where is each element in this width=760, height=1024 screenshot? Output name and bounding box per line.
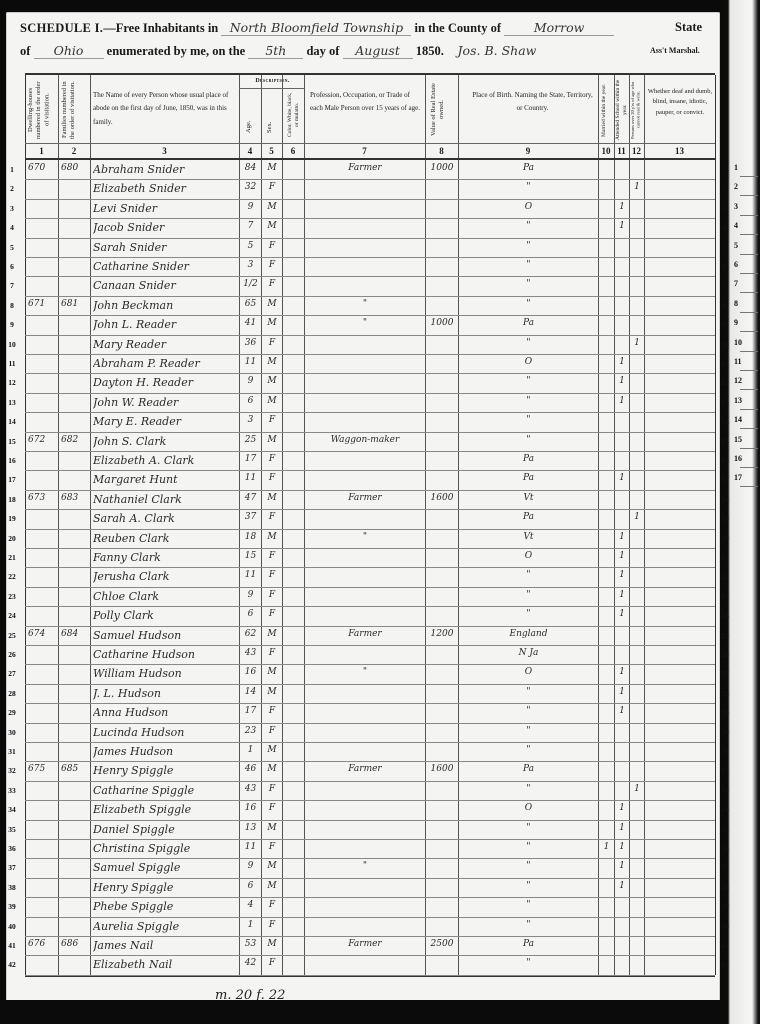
census-row: Margaret Hunt11FPa1 (25, 470, 715, 489)
cell-birth: " (461, 881, 596, 891)
cell-name: Catharine Snider (93, 260, 237, 273)
cell-birth: " (461, 396, 596, 406)
adjacent-row-divider (740, 448, 758, 449)
cell-sex: F (264, 706, 280, 716)
line-number-left: 19 (3, 514, 21, 523)
cell-school: 1 (617, 532, 627, 542)
cell-sex: M (264, 221, 280, 231)
census-row: Lucinda Hudson23F" (25, 723, 715, 742)
census-row: Chloe Clark9F"1 (25, 587, 715, 606)
line-number-right: 38 (717, 883, 733, 892)
census-row: Reuben Clark18M"Vt1 (25, 529, 715, 548)
cell-age: 13 (242, 823, 259, 833)
cell-birth: N Ja (461, 648, 596, 658)
line-number-right: 39 (717, 902, 733, 911)
cell-birth: " (461, 338, 596, 348)
cell-value: 1200 (428, 629, 456, 639)
scan-border (0, 1000, 722, 1024)
cell-age: 43 (242, 784, 259, 794)
cell-birth: " (461, 260, 596, 270)
census-row: James Hudson1M" (25, 742, 715, 761)
cell-illiterate: 1 (632, 784, 642, 794)
cell-age: 23 (242, 726, 259, 736)
cell-birth: " (461, 900, 596, 910)
cell-dwelling: 670 (28, 163, 56, 173)
census-row: John L. Reader41M"1000Pa (25, 315, 715, 334)
column-number: 11 (614, 146, 629, 156)
cell-age: 47 (242, 493, 259, 503)
cell-name: Catharine Hudson (93, 648, 237, 661)
line-number-left: 2 (3, 184, 21, 193)
cell-age: 25 (242, 435, 259, 445)
cell-birth: O (461, 551, 596, 561)
adjacent-line-number: 6 (734, 260, 738, 269)
census-row: 676686James Nail53MFarmer2500Pa (25, 936, 715, 955)
county-field: Morrow (504, 20, 614, 36)
adjacent-row-divider (740, 428, 758, 429)
census-row: Catharine Snider3F" (25, 257, 715, 276)
cell-birth: Pa (461, 512, 596, 522)
cell-sex: F (264, 182, 280, 192)
cell-name: Fanny Clark (93, 551, 237, 564)
census-row: Elizabeth A. Clark17FPa (25, 451, 715, 470)
census-row: Sarah Snider5F" (25, 238, 715, 257)
line-number-left: 24 (3, 611, 21, 620)
line-number-left: 3 (3, 204, 21, 213)
cell-school: 1 (617, 590, 627, 600)
cell-sex: M (264, 764, 280, 774)
of-label: of (20, 44, 30, 58)
col-9-header: Place of Birth. Naming the State, Territ… (470, 89, 595, 116)
column-number: 8 (425, 146, 458, 156)
cell-family: 680 (61, 163, 88, 173)
line-number-right: 22 (717, 572, 733, 581)
census-row: Canaan Snider1/2F" (25, 276, 715, 295)
cell-sex: M (264, 939, 280, 949)
cell-name: Henry Spiggle (93, 881, 237, 894)
cell-name: Mary E. Reader (93, 415, 237, 428)
cell-name: Nathaniel Clark (93, 493, 237, 506)
cell-name: Aurelia Spiggle (93, 920, 237, 933)
census-row: Daniel Spiggle13M"1 (25, 820, 715, 839)
cell-birth: " (461, 376, 596, 386)
cell-birth: Pa (461, 454, 596, 464)
cell-name: Reuben Clark (93, 532, 237, 545)
cell-birth: " (461, 784, 596, 794)
line-number-left: 21 (3, 553, 21, 562)
census-table: Dwelling-houses numbered in the order of… (25, 73, 715, 977)
line-number-right: 9 (717, 320, 733, 329)
adjacent-line-number: 12 (734, 376, 742, 385)
column-number: 6 (282, 146, 304, 156)
cell-age: 17 (242, 454, 259, 464)
cell-school: 1 (617, 221, 627, 231)
line-number-left: 8 (3, 301, 21, 310)
column-number: 12 (629, 146, 644, 156)
line-number-left: 14 (3, 417, 21, 426)
cell-age: 36 (242, 338, 259, 348)
cell-sex: M (264, 881, 280, 891)
cell-sex: F (264, 900, 280, 910)
cell-sex: F (264, 512, 280, 522)
cell-illiterate: 1 (632, 512, 642, 522)
census-row: Christina Spiggle11F"11 (25, 839, 715, 858)
line-number-left: 29 (3, 708, 21, 717)
census-row: Polly Clark6F"1 (25, 606, 715, 625)
census-row: J. L. Hudson14M"1 (25, 684, 715, 703)
line-number-left: 11 (3, 359, 21, 368)
cell-birth: " (461, 182, 596, 192)
line-number-left: 41 (3, 941, 21, 950)
cell-birth: Vt (461, 493, 596, 503)
cell-married: 1 (601, 842, 612, 852)
line-number-right: 21 (717, 553, 733, 562)
cell-age: 9 (242, 202, 259, 212)
cell-sex: M (264, 629, 280, 639)
state-label: State (675, 20, 702, 35)
col-6-header: Color. White, black, or mulatto. (287, 91, 301, 139)
adjacent-line-number: 17 (734, 473, 742, 482)
cell-name: Henry Spiggle (93, 764, 237, 777)
cell-name: John L. Reader (93, 318, 237, 331)
adjacent-row-divider (740, 370, 758, 371)
census-row: William Hudson16M"O1 (25, 664, 715, 683)
cell-birth: " (461, 706, 596, 716)
cell-name: Chloe Clark (93, 590, 237, 603)
cell-name: Mary Reader (93, 338, 237, 351)
line-number-left: 22 (3, 572, 21, 581)
cell-illiterate: 1 (632, 338, 642, 348)
cell-occupation: " (307, 299, 423, 309)
adjacent-row-divider (740, 273, 758, 274)
line-number-right: 14 (717, 417, 733, 426)
adjacent-line-number: 4 (734, 221, 738, 230)
adjacent-line-number: 2 (734, 182, 738, 191)
cell-family: 684 (61, 629, 88, 639)
cell-birth: " (461, 726, 596, 736)
cell-age: 42 (242, 958, 259, 968)
line-number-left: 34 (3, 805, 21, 814)
cell-name: Daniel Spiggle (93, 823, 237, 836)
cell-family: 683 (61, 493, 88, 503)
line-number-right: 6 (717, 262, 733, 271)
cell-age: 62 (242, 629, 259, 639)
cell-value: 1000 (428, 318, 456, 328)
line-number-right: 32 (717, 766, 733, 775)
line-number-right: 41 (717, 941, 733, 950)
cell-name: Samuel Hudson (93, 629, 237, 642)
census-row: Jerusha Clark11F"1 (25, 567, 715, 586)
cell-age: 17 (242, 706, 259, 716)
line-number-right: 10 (717, 340, 733, 349)
cell-sex: F (264, 260, 280, 270)
line-number-right: 29 (717, 708, 733, 717)
marshal-signature: Jos. B. Shaw (447, 43, 547, 58)
cell-dwelling: 675 (28, 764, 56, 774)
cell-name: Elizabeth Nail (93, 958, 237, 971)
cell-birth: " (461, 745, 596, 755)
census-row: Catharine Hudson43FN Ja (25, 645, 715, 664)
cell-name: Margaret Hunt (93, 473, 237, 486)
column-number: 13 (644, 146, 715, 156)
cell-school: 1 (617, 823, 627, 833)
census-row: Samuel Spiggle9M""1 (25, 858, 715, 877)
cell-birth: Pa (461, 473, 596, 483)
col-4-header: Age. (245, 115, 257, 139)
cell-sex: F (264, 784, 280, 794)
cell-age: 18 (242, 532, 259, 542)
line-number-left: 31 (3, 747, 21, 756)
cell-school: 1 (617, 473, 627, 483)
line-number-right: 25 (717, 631, 733, 640)
cell-age: 65 (242, 299, 259, 309)
line-number-left: 39 (3, 902, 21, 911)
cell-school: 1 (617, 376, 627, 386)
cell-school: 1 (617, 202, 627, 212)
column-number: 1 (25, 146, 58, 156)
cell-age: 9 (242, 861, 259, 871)
cell-age: 1 (242, 745, 259, 755)
cell-name: John Beckman (93, 299, 237, 312)
adjacent-line-number: 10 (734, 338, 742, 347)
cell-age: 32 (242, 182, 259, 192)
census-row: Phebe Spiggle4F" (25, 897, 715, 916)
cell-name: Anna Hudson (93, 706, 237, 719)
line-number-right: 1 (717, 165, 733, 174)
adjacent-line-number: 1 (734, 163, 738, 172)
column-number: 4 (239, 146, 261, 156)
cell-name: Elizabeth Spiggle (93, 803, 237, 816)
cell-dwelling: 673 (28, 493, 56, 503)
line-number-left: 32 (3, 766, 21, 775)
column-divider (715, 75, 716, 975)
col-3-header: The Name of every Person whose usual pla… (93, 89, 238, 129)
line-number-right: 23 (717, 592, 733, 601)
cell-age: 6 (242, 609, 259, 619)
column-number: 7 (304, 146, 425, 156)
line-number-left: 33 (3, 786, 21, 795)
cell-sex: F (264, 842, 280, 852)
cell-age: 6 (242, 881, 259, 891)
cell-age: 16 (242, 803, 259, 813)
census-row: John W. Reader6M"1 (25, 393, 715, 412)
cell-birth: " (461, 299, 596, 309)
col-7-header: Profession, Occupation, or Trade of each… (310, 89, 420, 116)
census-row: Mary E. Reader3F" (25, 412, 715, 431)
census-row: Mary Reader36F"1 (25, 335, 715, 354)
cell-sex: F (264, 279, 280, 289)
cell-sex: F (264, 803, 280, 813)
adjacent-line-number: 7 (734, 279, 738, 288)
line-number-left: 23 (3, 592, 21, 601)
cell-occupation: " (307, 861, 423, 871)
cell-sex: M (264, 861, 280, 871)
cell-age: 1 (242, 920, 259, 930)
cell-dwelling: 671 (28, 299, 56, 309)
line-number-right: 24 (717, 611, 733, 620)
cell-age: 11 (242, 357, 259, 367)
cell-name: Abraham P. Reader (93, 357, 237, 370)
cell-birth: " (461, 920, 596, 930)
cell-value: 2500 (428, 939, 456, 949)
cell-birth: Pa (461, 318, 596, 328)
cell-illiterate: 1 (632, 182, 642, 192)
cell-sex: F (264, 241, 280, 251)
cell-school: 1 (617, 861, 627, 871)
cell-sex: F (264, 570, 280, 580)
adjacent-row-divider (740, 176, 758, 177)
adjacent-row-divider (740, 292, 758, 293)
line-number-left: 6 (3, 262, 21, 271)
line-number-right: 37 (717, 863, 733, 872)
line-number-left: 28 (3, 689, 21, 698)
adjacent-line-number: 8 (734, 299, 738, 308)
cell-sex: M (264, 202, 280, 212)
line-number-right: 3 (717, 204, 733, 213)
schedule-header-line-2: of Ohio enumerated by me, on the 5th day… (20, 43, 720, 67)
cell-age: 16 (242, 667, 259, 677)
census-row: Levi Snider9MO1 (25, 199, 715, 218)
cell-birth: England (461, 629, 596, 639)
cell-sex: F (264, 726, 280, 736)
cell-age: 11 (242, 570, 259, 580)
cell-sex: F (264, 415, 280, 425)
cell-age: 7 (242, 221, 259, 231)
line-number-left: 10 (3, 340, 21, 349)
line-number-left: 18 (3, 495, 21, 504)
cell-birth: " (461, 958, 596, 968)
line-number-right: 26 (717, 650, 733, 659)
col-2-header: Families numbered in the order of visita… (61, 81, 75, 139)
cell-name: Levi Snider (93, 202, 237, 215)
census-row: Abraham P. Reader11MO1 (25, 354, 715, 373)
census-row: 671681John Beckman65M"" (25, 296, 715, 315)
cell-name: Dayton H. Reader (93, 376, 237, 389)
cell-age: 15 (242, 551, 259, 561)
enumerated-label: enumerated by me, on the (107, 44, 246, 58)
line-number-left: 13 (3, 398, 21, 407)
line-number-left: 7 (3, 281, 21, 290)
cell-name: Elizabeth Snider (93, 182, 237, 195)
cell-age: 46 (242, 764, 259, 774)
description-group-divider (239, 88, 304, 89)
cell-birth: " (461, 842, 596, 852)
cell-occupation: Farmer (307, 629, 423, 639)
cell-birth: " (461, 687, 596, 697)
adjacent-line-number: 11 (734, 357, 742, 366)
cell-birth: " (461, 861, 596, 871)
line-number-left: 37 (3, 863, 21, 872)
cell-birth: " (461, 570, 596, 580)
cell-sex: M (264, 435, 280, 445)
line-number-left: 15 (3, 437, 21, 446)
cell-birth: " (461, 415, 596, 425)
line-number-right: 15 (717, 437, 733, 446)
cell-age: 9 (242, 376, 259, 386)
cell-name: Phebe Spiggle (93, 900, 237, 913)
cell-birth: " (461, 221, 596, 231)
census-row: 675685Henry Spiggle46MFarmer1600Pa (25, 761, 715, 780)
cell-birth: O (461, 667, 596, 677)
cell-family: 685 (61, 764, 88, 774)
cell-age: 4 (242, 900, 259, 910)
cell-school: 1 (617, 609, 627, 619)
line-number-right: 2 (717, 184, 733, 193)
adjacent-row-divider (740, 331, 758, 332)
year-label: 1850. (416, 44, 444, 58)
line-number-right: 20 (717, 534, 733, 543)
township-field: North Bloomfield Township (221, 20, 411, 36)
cell-occupation: " (307, 532, 423, 542)
adjacent-line-number: 9 (734, 318, 738, 327)
adjacent-row-divider (740, 312, 758, 313)
line-number-right: 35 (717, 825, 733, 834)
day-label: day of (306, 44, 339, 58)
cell-sex: F (264, 551, 280, 561)
cell-name: James Hudson (93, 745, 237, 758)
cell-sex: F (264, 454, 280, 464)
cell-school: 1 (617, 357, 627, 367)
census-row: Aurelia Spiggle1F" (25, 917, 715, 936)
cell-name: Polly Clark (93, 609, 237, 622)
line-number-left: 38 (3, 883, 21, 892)
cell-sex: F (264, 648, 280, 658)
line-number-right: 31 (717, 747, 733, 756)
line-number-left: 36 (3, 844, 21, 853)
cell-name: Canaan Snider (93, 279, 237, 292)
cell-value: 1600 (428, 764, 456, 774)
cell-name: Jerusha Clark (93, 570, 237, 583)
cell-age: 6 (242, 396, 259, 406)
cell-school: 1 (617, 570, 627, 580)
column-number: 3 (90, 146, 239, 156)
cell-name: James Nail (93, 939, 237, 952)
cell-age: 3 (242, 260, 259, 270)
cell-sex: M (264, 318, 280, 328)
line-number-left: 30 (3, 728, 21, 737)
col-11-header: Attended School within the year. (615, 79, 627, 141)
adjacent-row-divider (740, 409, 758, 410)
cell-school: 1 (617, 667, 627, 677)
cell-age: 3 (242, 415, 259, 425)
census-row: 672682John S. Clark25MWaggon-maker" (25, 432, 715, 451)
schedule-label: SCHEDULE I. (20, 21, 103, 35)
cell-sex: M (264, 667, 280, 677)
cell-name: John S. Clark (93, 435, 237, 448)
census-row: Elizabeth Spiggle16FO1 (25, 800, 715, 819)
cell-birth: Pa (461, 163, 596, 173)
line-number-right: 16 (717, 456, 733, 465)
cell-sex: F (264, 473, 280, 483)
cell-sex: M (264, 376, 280, 386)
cell-age: 14 (242, 687, 259, 697)
line-number-right: 13 (717, 398, 733, 407)
cell-occupation: " (307, 318, 423, 328)
cell-dwelling: 676 (28, 939, 56, 949)
cell-birth: " (461, 823, 596, 833)
cell-birth: " (461, 279, 596, 289)
line-number-left: 26 (3, 650, 21, 659)
cell-birth: " (461, 241, 596, 251)
adjacent-row-divider (740, 215, 758, 216)
line-number-left: 12 (3, 378, 21, 387)
cell-age: 84 (242, 163, 259, 173)
cell-name: Christina Spiggle (93, 842, 237, 855)
adjacent-row-divider (740, 389, 758, 390)
cell-age: 9 (242, 590, 259, 600)
line-number-right: 28 (717, 689, 733, 698)
census-row: Henry Spiggle6M"1 (25, 878, 715, 897)
